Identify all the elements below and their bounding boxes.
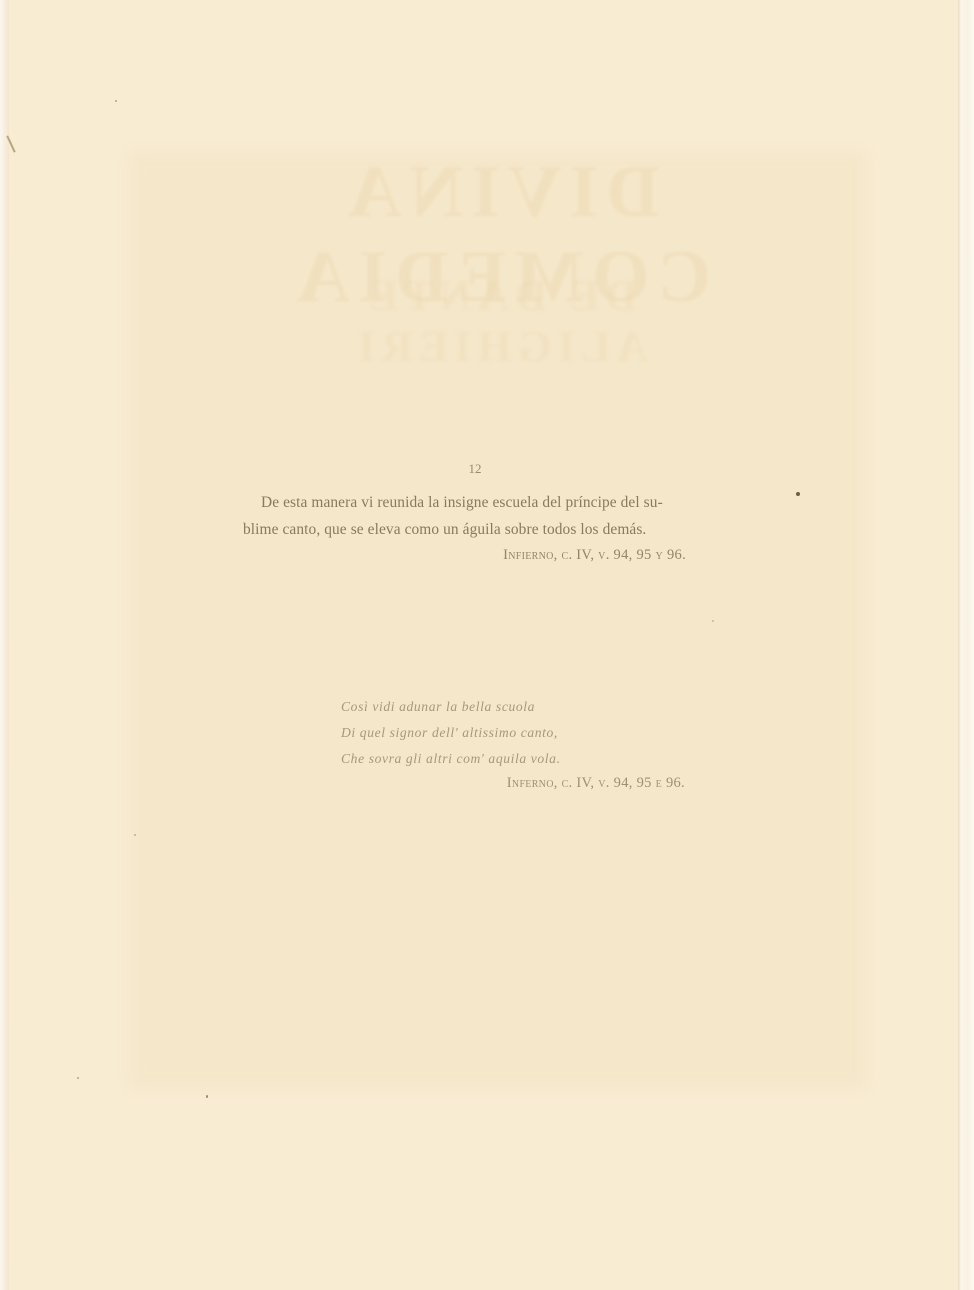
italian-verse-line-3: Che sovra gli altri com' aquila vola. [341,746,561,772]
paper-speck [796,492,800,496]
paper-speck [115,100,117,102]
page-left-edge [0,0,9,1290]
spanish-passage-line-1: De esta manera vi reunida la insigne esc… [243,489,713,516]
page-right-edge [958,0,974,1290]
show-through-subtitle: DE DANTE ALIGHIERI [240,270,760,372]
spanish-passage: De esta manera vi reunida la insigne esc… [243,489,713,543]
italian-verse-line-1: Così vidi adunar la bella scuola [341,694,561,720]
spanish-passage-line-2: blime canto, que se eleva como un águila… [243,516,713,543]
spanish-citation: Infierno, c. IV, v. 94, 95 y 96. [503,547,686,564]
page-number: 12 [460,461,490,477]
italian-citation: Inferno, c. IV, v. 94, 95 e 96. [507,775,685,792]
spanish-citation-text: Infierno, c. IV, v. 94, 95 y 96. [503,547,686,563]
paper-speck [712,620,714,622]
italian-citation-text: Inferno, c. IV, v. 94, 95 e 96. [507,775,685,791]
paper-speck [206,1095,208,1098]
italian-verse-line-2: Di quel signor dell' altissimo canto, [341,720,561,746]
italian-verse: Così vidi adunar la bella scuola Di quel… [341,694,561,772]
paper-speck [134,834,136,836]
paper-speck [77,1077,79,1079]
